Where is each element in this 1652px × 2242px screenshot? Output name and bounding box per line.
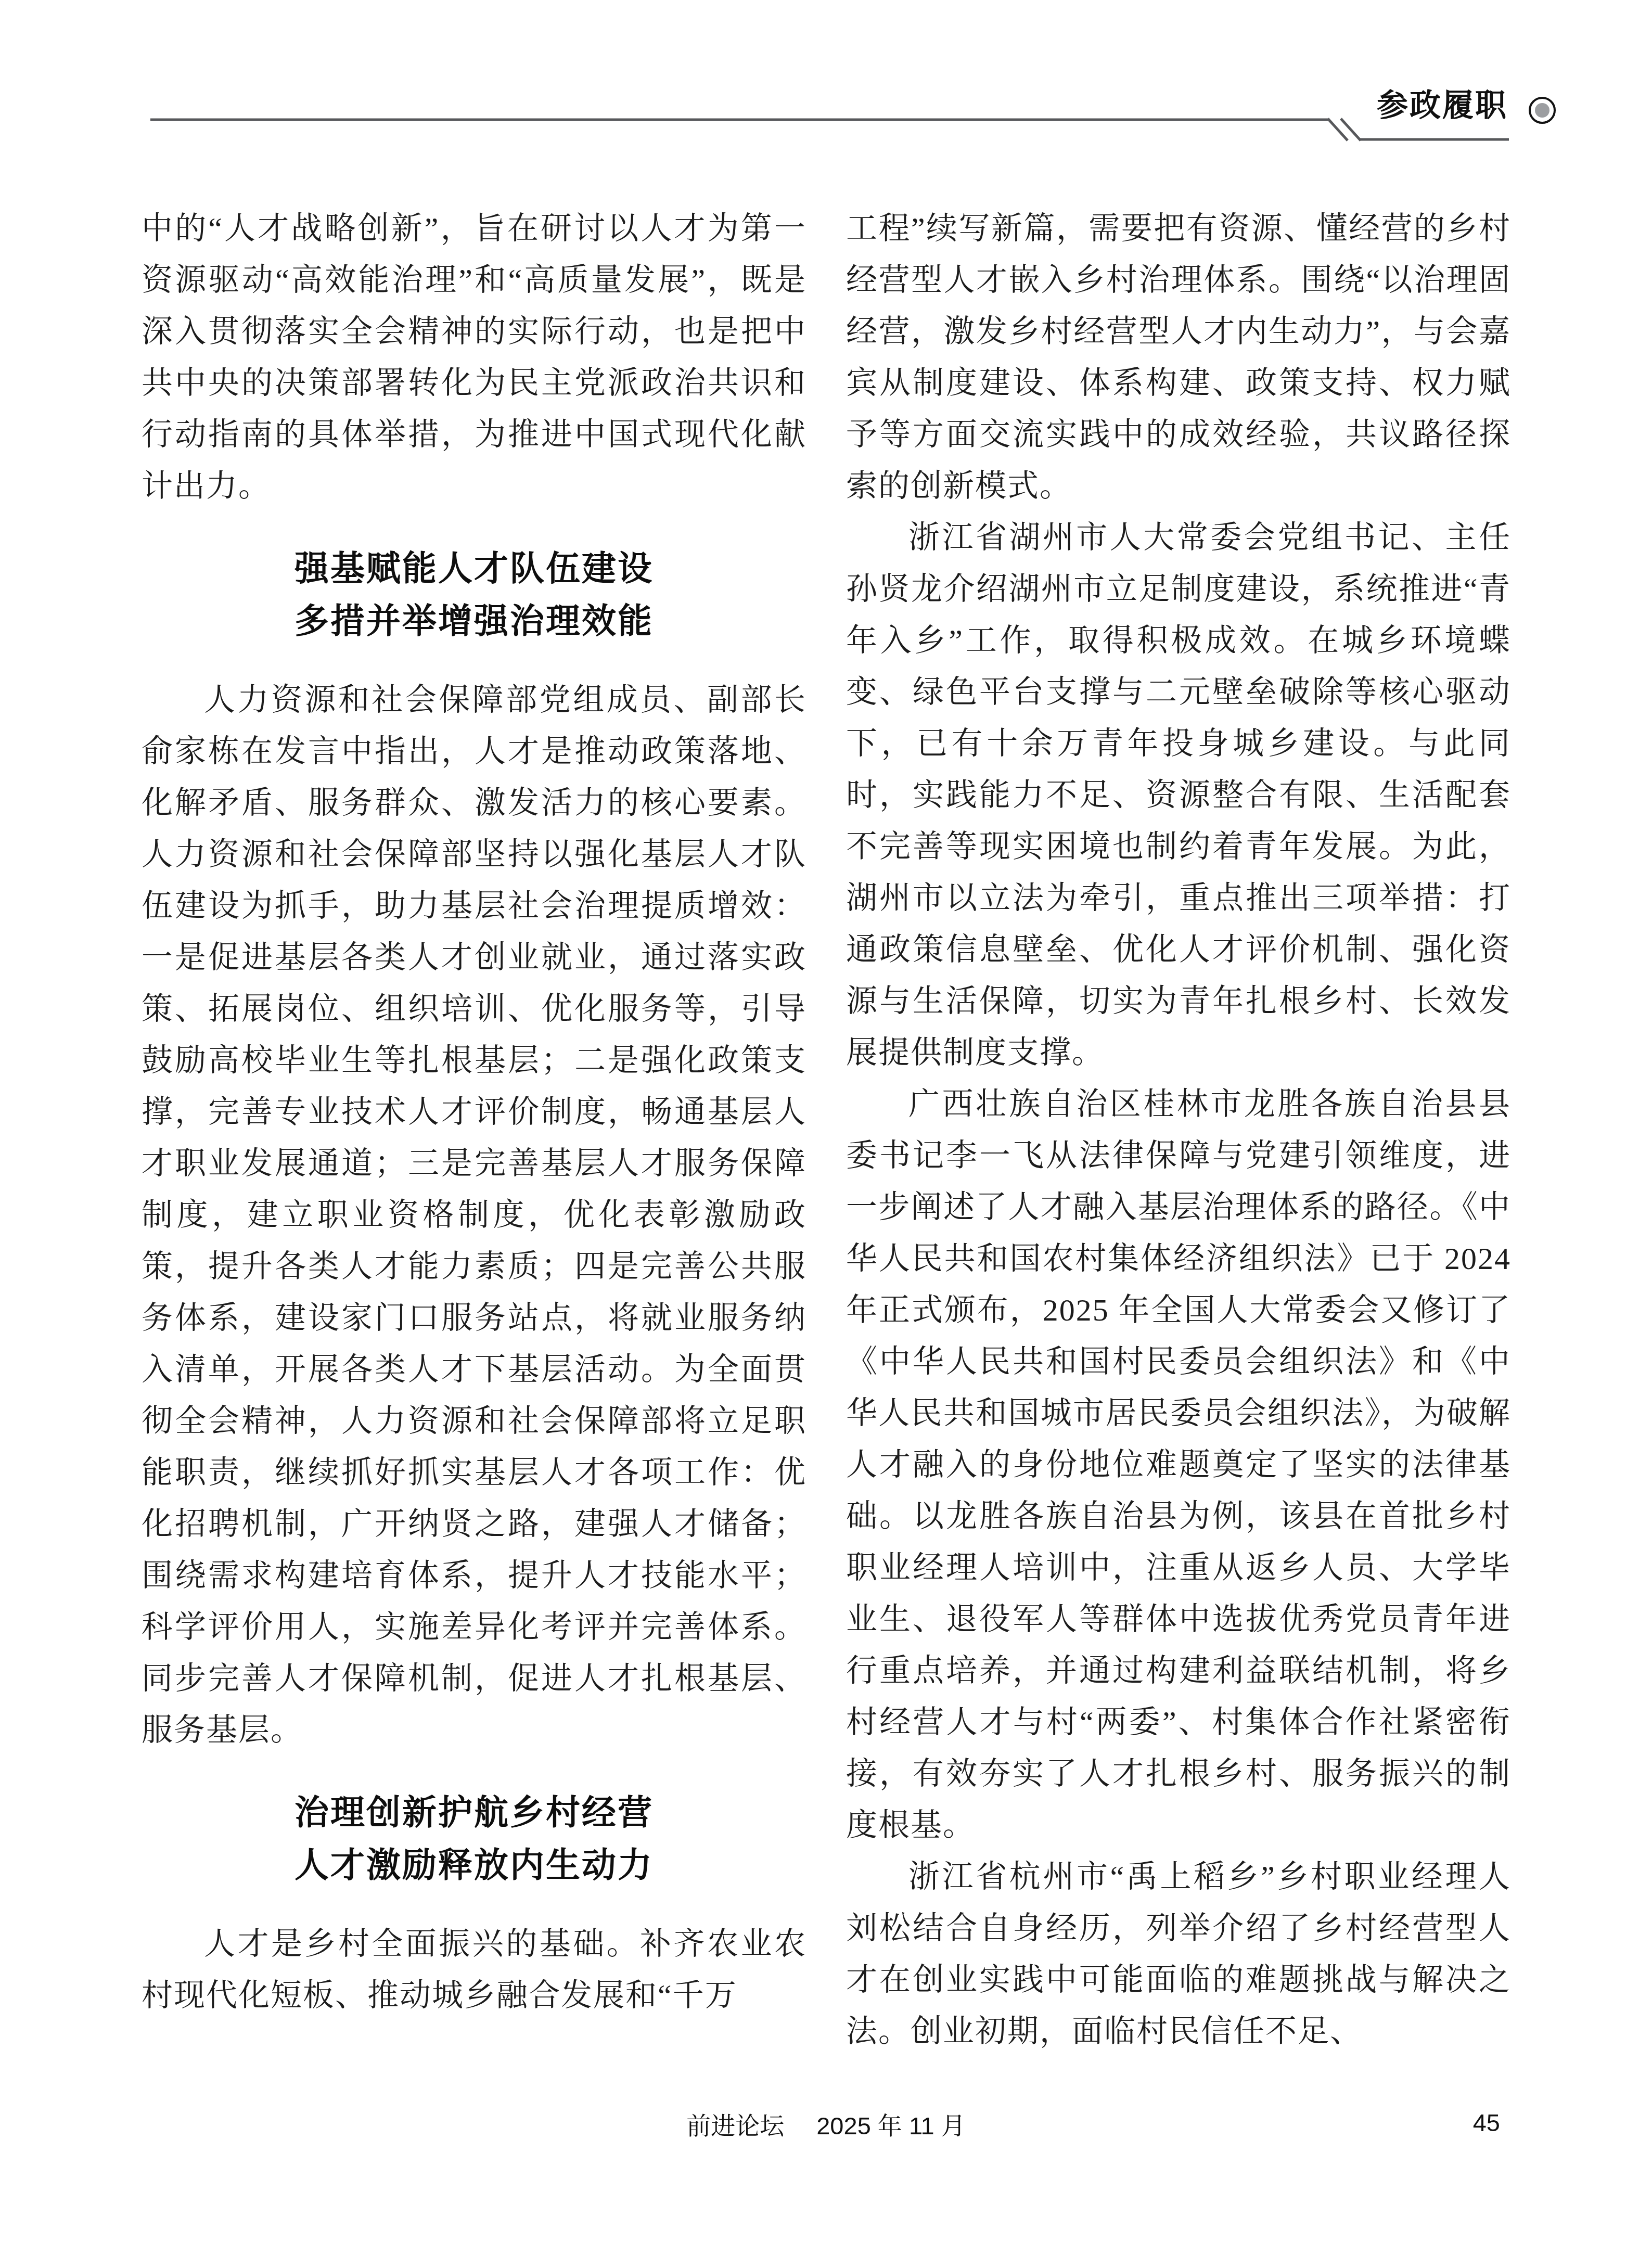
section-heading-2: 治理创新护航乡村经营 人才激励释放内生动力 xyxy=(142,1786,806,1891)
section-title: 参政履职 xyxy=(1377,88,1510,123)
paragraph-left-3: 人才是乡村全面振兴的基础。补齐农业农村现代化短板、推动城乡融合发展和“千万 xyxy=(142,1918,806,2021)
paragraph-right-3: 广西壮族自治区桂林市龙胜各族自治县县委书记李一飞从法律保障与党建引领维度，进一步… xyxy=(846,1079,1511,1851)
paragraph-left-1: 中的“人才战略创新”，旨在研讨以人才为第一资源驱动“高效能治理”和“高质量发展”… xyxy=(142,203,806,512)
bullseye-icon xyxy=(1529,97,1556,124)
paragraph-right-2: 浙江省湖州市人大常委会党组书记、主任孙贤龙介绍湖州市立足制度建设，系统推进“青年… xyxy=(846,512,1511,1079)
paragraph-left-2: 人力资源和社会保障部党组成员、副部长俞家栋在发言中指出，人才是推动政策落地、化解… xyxy=(142,674,806,1756)
magazine-page: 参政履职 中的“人才战略创新”，旨在研讨以人才为第一资源驱动“高效能治理”和“高… xyxy=(0,0,1652,2242)
page-number: 45 xyxy=(1473,2107,1500,2138)
section-heading-1: 强基赋能人才队伍建设 多措并举增强治理效能 xyxy=(142,542,806,647)
left-column: 中的“人才战略创新”，旨在研讨以人才为第一资源驱动“高效能治理”和“高质量发展”… xyxy=(142,203,806,2021)
right-column: 工程”续写新篇，需要把有资源、懂经营的乡村经营型人才嵌入乡村治理体系。围绕“以治… xyxy=(846,203,1511,2057)
bullseye-dot xyxy=(1535,103,1549,118)
section-heading-1-line1: 强基赋能人才队伍建设 xyxy=(142,542,806,595)
paragraph-right-4: 浙江省杭州市“禹上稻乡”乡村职业经理人刘松结合自身经历，列举介绍了乡村经营型人才… xyxy=(846,1851,1511,2057)
issue-date: 2025 年 11 月 xyxy=(816,2112,966,2139)
paragraph-right-1: 工程”续写新篇，需要把有资源、懂经营的乡村经营型人才嵌入乡村治理体系。围绕“以治… xyxy=(846,203,1511,512)
section-heading-2-line2: 人才激励释放内生动力 xyxy=(142,1839,806,1891)
header-rule xyxy=(0,0,1652,166)
page-footer: 前进论坛2025 年 11 月 xyxy=(0,2110,1652,2142)
section-heading-1-line2: 多措并举增强治理效能 xyxy=(142,595,806,647)
section-heading-2-line1: 治理创新护航乡村经营 xyxy=(142,1786,806,1839)
journal-name: 前进论坛 xyxy=(686,2112,784,2139)
